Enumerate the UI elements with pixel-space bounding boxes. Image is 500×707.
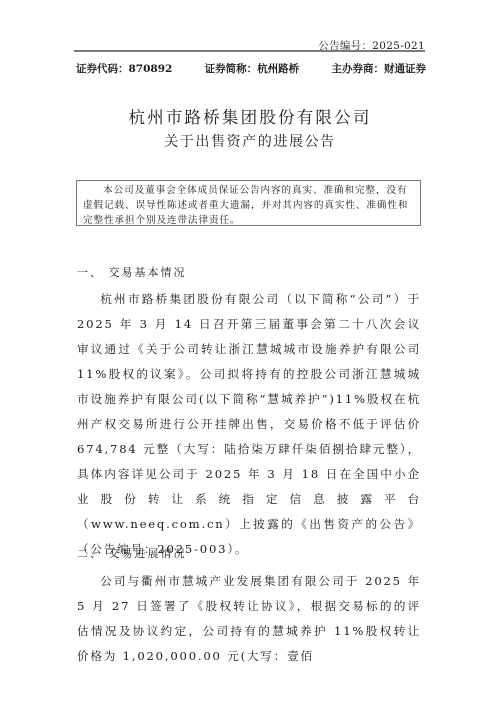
section-body-1: 杭州市路桥集团股份有限公司（以下简称“公司”）于 2025 年 3 月 14 日…	[77, 287, 421, 562]
disclaimer-box: 本公司及董事会全体成员保证公告内容的真实、准确和完整，没有虚假记载、误导性陈述或…	[76, 180, 421, 226]
company-title: 杭州市路桥集团股份有限公司	[0, 104, 500, 128]
securities-abbreviation: 证券简称：杭州路桥	[205, 61, 300, 76]
sponsor-broker: 主办券商：财通证券	[332, 61, 427, 76]
paragraph: 公司与衢州市慧城产业发展集团有限公司于 2025 年 5 月 27 日签署了《股…	[77, 569, 421, 669]
section-body-2: 公司与衢州市慧城产业发展集团有限公司于 2025 年 5 月 27 日签署了《股…	[77, 569, 421, 669]
paragraph: 杭州市路桥集团股份有限公司（以下简称“公司”）于 2025 年 3 月 14 日…	[77, 287, 421, 562]
announcement-subject: 关于出售资产的进展公告	[0, 131, 500, 151]
securities-code: 证券代码：870892	[76, 61, 172, 76]
header-divider	[74, 50, 425, 52]
securities-info-row: 证券代码：870892 证券简称：杭州路桥 主办券商：财通证券	[76, 61, 426, 76]
section-heading-1: 一、 交易基本情况	[77, 264, 187, 280]
section-heading-2: 二、 交易进展情况	[77, 545, 187, 561]
